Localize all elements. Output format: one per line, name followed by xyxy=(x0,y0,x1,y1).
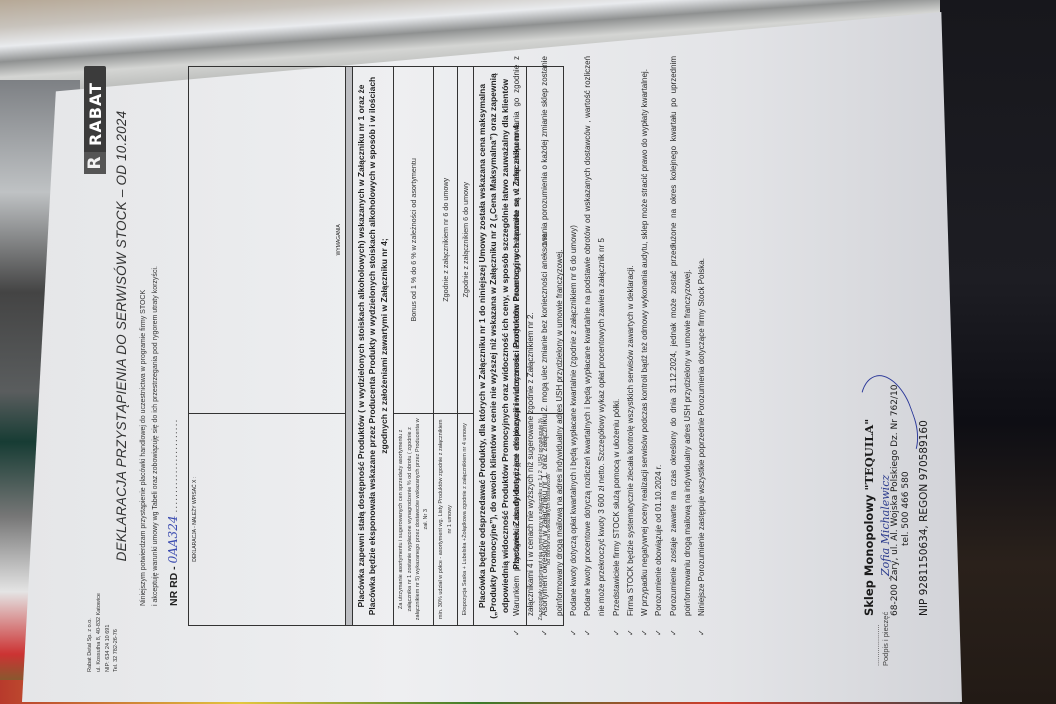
requirement-shelf-share: min. 30% udział w półce - asortyment wg.… xyxy=(434,413,458,625)
condition-item: ✓Porozumienie obowiązuje od 01.10.2024 r… xyxy=(652,56,666,636)
shaded-cell xyxy=(346,67,353,626)
logo-name: RABAT xyxy=(86,82,105,146)
condition-text: Przedstawiciele firmy STOCK służą pomocą… xyxy=(610,399,624,616)
condition-text: W przypadku negatywnej oceny realizacji … xyxy=(638,69,652,616)
header-declaration-cell: DEKLARACJA - NALEŻY WPISAĆ X : xyxy=(189,413,346,625)
condition-text: Porozumienie zostaje zawarte na czas okr… xyxy=(667,56,695,616)
stamp-shop-prefix: Sklep Monopolowy xyxy=(862,495,876,616)
condition-text: Warunkiem przystąpienia do deklaracji je… xyxy=(510,56,538,616)
checkmark-icon: ✓ xyxy=(610,616,624,636)
nr-dots: ........................ xyxy=(168,419,180,513)
table-row: min. 30% udział w półce - asortyment wg.… xyxy=(434,67,458,626)
table-header-row: DEKLARACJA - NALEŻY WPISAĆ X : WYMAGANIA xyxy=(189,67,346,626)
condition-item: ✓Asortyment określony w załączniku nr 1.… xyxy=(538,56,566,636)
requirement-assortment: Za utrzymanie asortymentu i sugerowanych… xyxy=(394,413,434,625)
header-declaration-label: DEKLARACJA - NALEŻY WPISAĆ X : xyxy=(192,418,198,621)
company-nip: NIP: 634 24 10 691 xyxy=(104,593,113,672)
requirement-exposition-value: Zgodnie z załącznikiem 6 do umowy xyxy=(457,67,473,414)
table-row: Placówka zapewni stałą dostępność Produk… xyxy=(353,67,394,626)
intro-line-2: i akceptuję warunki umowy wg Tabeli oraz… xyxy=(150,46,162,606)
checkmark-icon: ✓ xyxy=(581,616,609,636)
company-name: Rabat Detal Sp. z o.o. xyxy=(86,593,95,672)
requirement-exposition: Ekspozycja Saska + Lubelska +Żołądkowa z… xyxy=(457,413,473,625)
conditions-list: ✓Warunkiem przystąpienia do deklaracji j… xyxy=(510,56,709,636)
declaration-document: Rabat Detal Sp. z o.o. ul. Kossutha 8, 4… xyxy=(80,36,960,676)
nr-label: NR RD - xyxy=(168,566,180,606)
condition-text: Firma STOCK będzie systematycznie zlecał… xyxy=(624,265,638,616)
rabat-logo: R RABAT xyxy=(84,66,106,174)
checkmark-icon: ✓ xyxy=(567,616,581,636)
condition-text: Niniejsze Porozumienie zastępuje wszystk… xyxy=(695,258,709,616)
signature-area: .................... Podpis i pieczęć Sk… xyxy=(860,36,960,676)
condition-text: Asortyment określony w załączniku nr 1. … xyxy=(538,56,566,616)
stamp-ids: NIP 9281150634, REGON 970589160 xyxy=(918,385,931,616)
header-requirements-label: WYMAGANIA xyxy=(336,71,342,409)
nr-value-handwritten: 0AA324 xyxy=(166,516,180,564)
signature-label: Podpis i pieczęć xyxy=(881,612,890,666)
checkmark-icon: ✓ xyxy=(638,616,652,636)
requirement-shelf-share-value: Zgodnie z załącznikiem nr 6 do umowy xyxy=(434,67,458,414)
handwritten-signature: Zofia Michalewicz xyxy=(879,475,893,576)
company-street: ul. Kossutha 8, 40-832 Katowice xyxy=(95,593,104,672)
requirement-assortment-value: Bonus od 1 % do 6 % w zależności od asor… xyxy=(394,67,434,414)
nr-rd-field: NR RD - 0AA324 ........................ xyxy=(166,419,181,606)
logo-r-icon: R xyxy=(84,152,106,174)
intro-text: Niniejszym potwierdzam przystąpienie pla… xyxy=(138,46,162,606)
checkmark-icon: ✓ xyxy=(624,616,638,636)
condition-item: ✓Firma STOCK będzie systematycznie zleca… xyxy=(624,56,638,636)
signature-dots: .................... xyxy=(872,624,881,666)
condition-item: ✓Warunkiem przystąpienia do deklaracji j… xyxy=(510,56,538,636)
header-requirements-cell: WYMAGANIA xyxy=(189,67,346,414)
requirement-availability: Placówka zapewni stałą dostępność Produk… xyxy=(353,67,394,626)
table-shaded-row xyxy=(346,67,353,626)
table-row: Za utrzymanie asortymentu i sugerowanych… xyxy=(394,67,434,626)
checkmark-icon: ✓ xyxy=(652,616,666,636)
checkmark-icon: ✓ xyxy=(510,616,538,636)
declaration-table: DEKLARACJA - NALEŻY WPISAĆ X : WYMAGANIA… xyxy=(188,66,564,626)
condition-item: ✓Przedstawiciele firmy STOCK służą pomoc… xyxy=(610,56,624,636)
table-row: Ekspozycja Saska + Lubelska +Żołądkowa z… xyxy=(457,67,473,626)
condition-item: ✓Porozumienie zostaje zawarte na czas ok… xyxy=(667,56,695,636)
document-header: Rabat Detal Sp. z o.o. ul. Kossutha 8, 4… xyxy=(80,36,192,676)
condition-text: Podane kwoty dotyczą opłat kwartalnych i… xyxy=(567,225,581,616)
condition-item: ✓Podane kwoty dotyczą opłat kwartalnych … xyxy=(567,56,581,636)
condition-text: Podane kwoty procentowe dotyczą rozlicze… xyxy=(581,56,609,616)
condition-item: ✓W przypadku negatywnej oceny realizacji… xyxy=(638,56,652,636)
document-title: DEKLARACJA PRZYSTĄPIENIA DO SERWISÓW STO… xyxy=(114,56,131,616)
checkmark-icon: ✓ xyxy=(695,616,709,636)
signature-scribble-icon xyxy=(848,368,928,472)
shop-stamp: Sklep Monopolowy "TEQUILA" 68-200 Żary, … xyxy=(862,385,931,616)
condition-item: ✓Podane kwoty procentowe dotyczą rozlicz… xyxy=(581,56,609,636)
condition-item: ✓Niniejsze Porozumienie zastępuje wszyst… xyxy=(695,56,709,636)
checkmark-icon: ✓ xyxy=(667,616,695,636)
intro-line-1: Niniejszym potwierdzam przystąpienie pla… xyxy=(138,46,150,606)
checkmark-icon: ✓ xyxy=(538,616,566,636)
signature-line: .................... Podpis i pieczęć xyxy=(872,612,891,666)
condition-text: Porozumienie obowiązuje od 01.10.2024 r. xyxy=(652,465,666,616)
